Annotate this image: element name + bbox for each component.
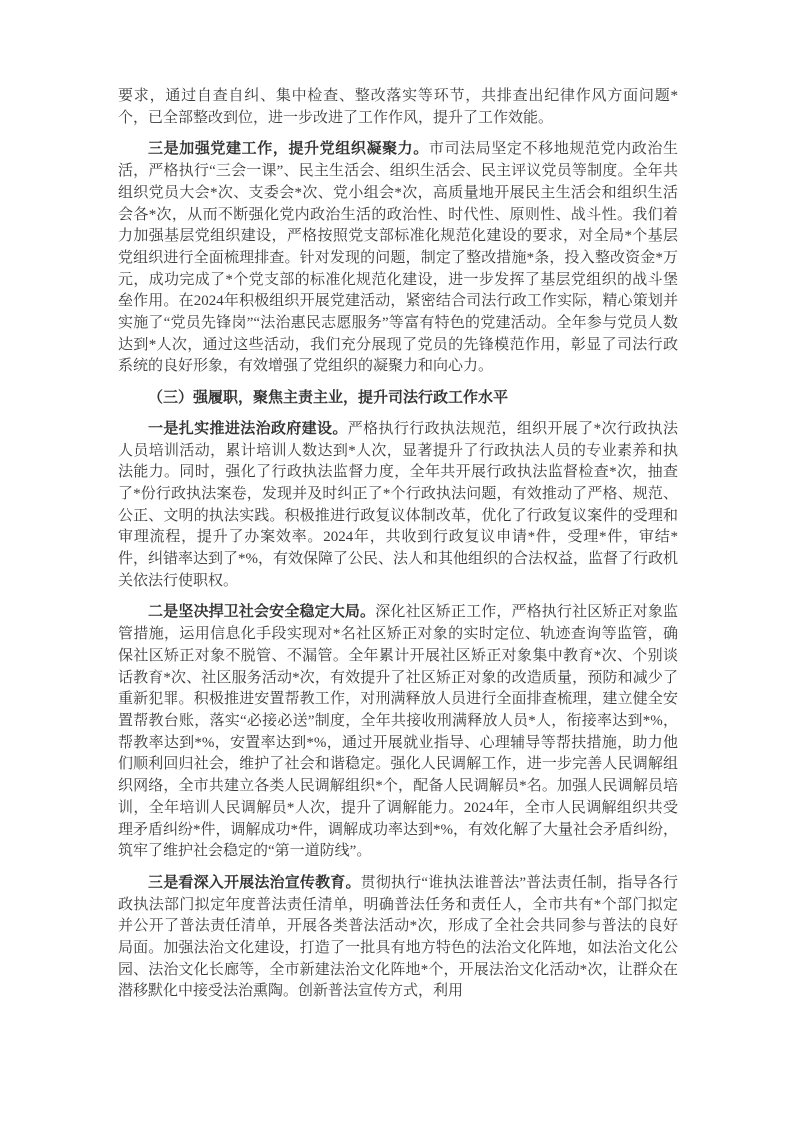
- section-heading: （三）强履职，聚焦主责主业，提升司法行政工作水平: [118, 387, 678, 409]
- paragraph: 要求，通过自查自纠、集中检查、整改落实等环节，共排查出纪律作风方面问题*个，已全…: [118, 86, 678, 129]
- paragraph: 二是坚决捍卫社会安全稳定大局。深化社区矫正工作，严格执行社区矫正对象监管措施，运…: [118, 601, 678, 862]
- paragraph-lead: 三是加强党建工作，提升党组织凝聚力。: [148, 140, 429, 157]
- paragraph-lead: 二是坚决捍卫社会安全稳定大局。: [148, 603, 375, 620]
- paragraph-lead: 三是看深入开展法治宣传教育。: [148, 874, 361, 891]
- paragraph: 三是看深入开展法治宣传教育。贯彻执行“谁执法谁普法”普法责任制，指导各行政执法部…: [118, 872, 678, 1003]
- document-page: 要求，通过自查自纠、集中检查、整改落实等环节，共排查出纪律作风方面问题*个，已全…: [0, 0, 793, 1122]
- paragraph: 一是扎实推进法治政府建设。严格执行行政执法规范，组织开展了*次行政执法人员培训活…: [118, 418, 678, 593]
- paragraph-lead: 一是扎实推进法治政府建设。: [148, 420, 348, 437]
- document-body: 要求，通过自查自纠、集中检查、整改落实等环节，共排查出纪律作风方面问题*个，已全…: [118, 86, 678, 1012]
- paragraph: 三是加强党建工作，提升党组织凝聚力。市司法局坚定不移地规范党内政治生活，严格执行…: [118, 138, 678, 378]
